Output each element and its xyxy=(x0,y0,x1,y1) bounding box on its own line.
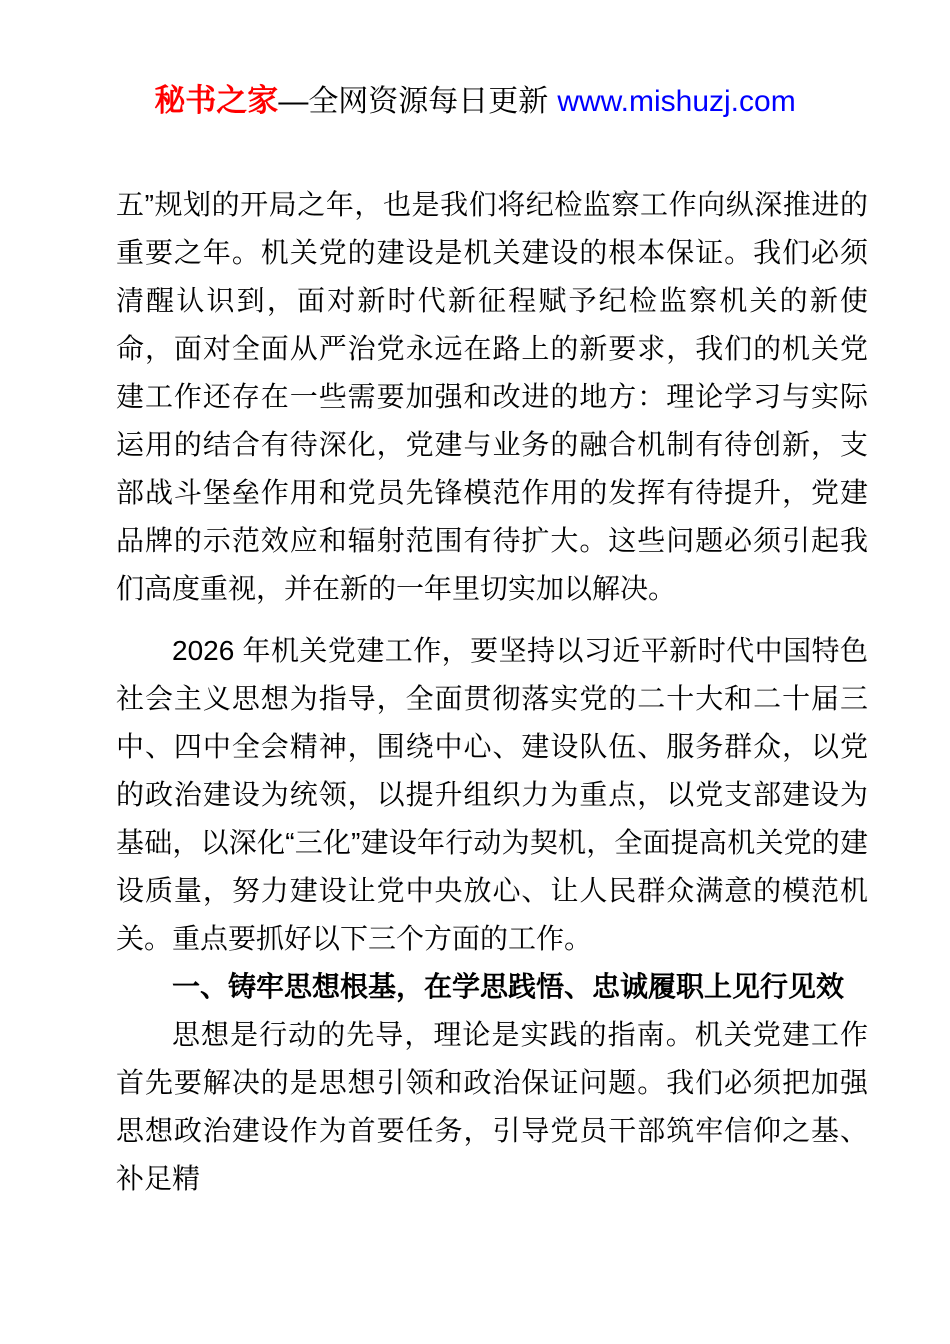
site-name: 秘书之家 xyxy=(154,83,278,118)
site-tagline: —全网资源每日更新 xyxy=(278,85,548,118)
paragraph-body: 思想是行动的先导，理论是实践的指南。机关党建工作首先要解决的是思想引领和政治保证… xyxy=(116,1011,868,1203)
section-heading: 一、铸牢思想根基，在学思践悟、忠诚履职上见行见效 xyxy=(116,963,868,1011)
site-header: 秘书之家—全网资源每日更新www.mishuzj.com xyxy=(0,0,950,123)
document-page: 秘书之家—全网资源每日更新www.mishuzj.com 五”规划的开局之年，也… xyxy=(0,0,950,1344)
site-url-link[interactable]: www.mishuzj.com xyxy=(557,85,795,118)
document-body: 五”规划的开局之年，也是我们将纪检监察工作向纵深推进的重要之年。机关党的建设是机… xyxy=(116,181,868,1203)
paragraph-continuation: 五”规划的开局之年，也是我们将纪检监察工作向纵深推进的重要之年。机关党的建设是机… xyxy=(116,181,868,613)
paragraph-body: 2026 年机关党建工作，要坚持以习近平新时代中国特色社会主义思想为指导，全面贯… xyxy=(116,627,868,963)
